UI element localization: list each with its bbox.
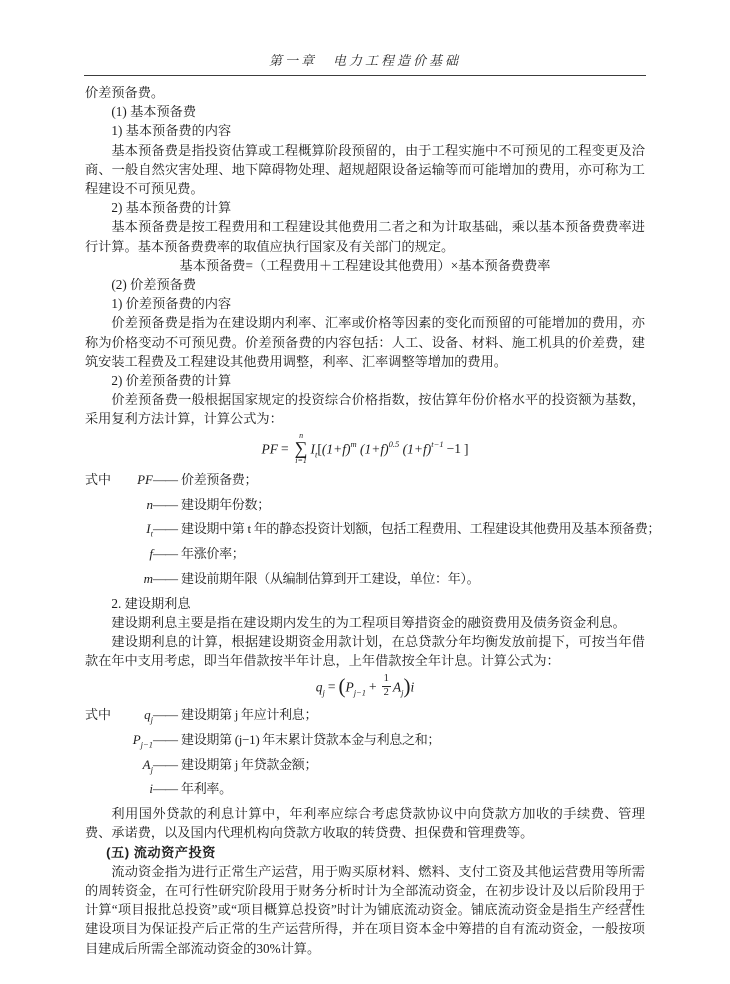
factor-2: (1+f) [360, 441, 389, 456]
plus-sign: + [369, 679, 377, 694]
paragraph-basic-reserve-definition: 基本预备费是指投资估算或工程概算阶段预留的，由于工程实施中不可预见的工程变更及洽… [85, 141, 645, 199]
def-dash: —— [153, 779, 177, 798]
rate-term: i [411, 679, 415, 694]
factor-3-exp: t−1 [431, 439, 443, 449]
def-description: 建设期第 j 年贷款金额； [181, 755, 645, 774]
page-number: 7 [626, 896, 633, 912]
heading-construction-interest: 2. 建设期利息 [85, 594, 645, 613]
def-description: 建设期第 j 年应计利息； [181, 705, 645, 724]
heading-current-assets: (五) 流动资产投资 [85, 843, 645, 862]
def-symbol: i [115, 779, 153, 804]
definition-row: 式中 PF —— 价差预备费； [85, 470, 645, 495]
def-symbol: f [115, 544, 153, 569]
header-rule [84, 75, 646, 76]
equals-sign: = [328, 679, 336, 694]
def-dash: —— [153, 569, 177, 588]
factor-1: (1+f) [322, 441, 351, 456]
heading-price-diff-calc: 2) 价差预备费的计算 [85, 371, 645, 390]
interest-lhs-sub: j [322, 687, 324, 697]
def-dash: —— [153, 755, 177, 774]
close-bracket: ] [464, 441, 469, 456]
heading-basic-reserve-calc: 2) 基本预备费的计算 [85, 198, 645, 217]
def-dash: —— [153, 730, 177, 749]
equation-basic-reserve: 基本预备费=（工程费用＋工程建设其他费用）×基本预备费费率 [85, 256, 645, 275]
factor-1-exp: m [350, 439, 356, 449]
body-text-column: 价差预备费。 (1) 基本预备费 1) 基本预备费的内容 基本预备费是指投资估算… [85, 83, 645, 958]
def-symbol: m [115, 569, 153, 594]
paragraph-intro: 价差预备费。 [85, 83, 645, 102]
def-dash: —— [153, 495, 177, 514]
loan-term: A [393, 679, 401, 694]
def-description: 建设期第 (j−1) 年末累计贷款本金与利息之和； [181, 730, 645, 749]
definition-row: 式中 qj —— 建设期第 j 年应计利息； [85, 705, 645, 730]
formula-construction-interest: qj=(Pj−1+12Aj)i [85, 676, 645, 702]
def-dash: —— [153, 705, 177, 724]
minus-one: −1 [447, 441, 461, 456]
heading-basic-reserve-content: 1) 基本预备费的内容 [85, 121, 645, 140]
heading-price-diff-reserve: (2) 价差预备费 [85, 275, 645, 294]
definition-row: i —— 年利率。 [85, 779, 645, 804]
running-head-title: 第一章 电力工程造价基础 [0, 0, 730, 69]
definition-row: n —— 建设期年份数； [85, 495, 645, 520]
one-half-fraction: 12 [382, 674, 391, 699]
def-dash: —— [153, 544, 177, 563]
heading-basic-reserve: (1) 基本预备费 [85, 102, 645, 121]
def-description: 价差预备费； [181, 470, 645, 489]
factor-3: (1+f) [403, 441, 432, 456]
formula-lhs: PF [262, 441, 279, 456]
paragraph-basic-reserve-calc: 基本预备费是按工程费用和工程建设其他费用二者之和为计取基础，乘以基本预备费费率进… [85, 217, 645, 255]
summation-symbol: n∑i=1 [295, 432, 308, 465]
sigma-glyph: ∑ [295, 440, 308, 457]
heading-price-diff-content: 1) 价差预备费的内容 [85, 294, 645, 313]
def-symbol: Pj−1 [115, 730, 153, 755]
paragraph-interest-definition: 建设期利息主要是指在建设期内发生的为工程项目筹措资金的融资费用及债务资金利息。 [85, 613, 645, 632]
def-dash: —— [153, 470, 177, 489]
definition-row: It —— 建设期中第 t 年的静态投资计划额，包括工程费用、工程建设其他费用及… [85, 519, 645, 544]
paragraph-price-diff-calc: 价差预备费一般根据国家规定的投资综合价格指数，按估算年份价格水平的投资额为基数，… [85, 390, 645, 428]
paragraph-price-diff-definition: 价差预备费是指为在建设期内利率、汇率或价格等因素的变化而预留的可能增加的费用，亦… [85, 313, 645, 371]
definition-row: Pj−1 —— 建设期第 (j−1) 年末累计贷款本金与利息之和； [85, 730, 645, 755]
def-description: 建设期年份数； [181, 495, 645, 514]
def-description: 建设期中第 t 年的静态投资计划额，包括工程费用、工程建设其他费用及基本预备费； [181, 519, 660, 538]
principal-term: P [345, 679, 353, 694]
equals-sign: = [281, 441, 289, 456]
paragraph-current-assets: 流动资金指为进行正常生产运营，用于购买原材料、燃料、支付工资及其他运营费用等所需… [85, 862, 645, 958]
def-label: 式中 [85, 470, 115, 489]
factor-2-exp: 0.5 [389, 439, 400, 449]
def-dash: —— [153, 519, 177, 538]
def-symbol: It [115, 519, 153, 544]
def-description: 建设前期年限（从编制估算到开工建设，单位：年）。 [181, 569, 645, 588]
paragraph-foreign-loan: 利用国外贷款的利息计算中，年利率应综合考虑贷款协议中向贷款方加收的手续费、管理费… [85, 804, 645, 842]
open-paren: ( [338, 674, 345, 698]
formula-price-diff-reserve: PF=n∑i=1It[(1+f)m (1+f)0.5 (1+f)t−1−1] [85, 434, 645, 467]
definition-row: m —— 建设前期年限（从编制估算到开工建设，单位：年）。 [85, 569, 645, 594]
def-symbol: qj [115, 705, 153, 730]
document-page: 第一章 电力工程造价基础 价差预备费。 (1) 基本预备费 1) 基本预备费的内… [0, 0, 730, 984]
def-description: 年涨价率； [181, 544, 645, 563]
paragraph-interest-calc: 建设期利息的计算，根据建设期资金用款计划，在总贷款分年均衡发放前提下，可按当年借… [85, 632, 645, 670]
def-description: 年利率。 [181, 779, 645, 798]
def-symbol: n [115, 495, 153, 520]
definition-row: f —— 年涨价率； [85, 544, 645, 569]
def-symbol: Aj [115, 755, 153, 780]
principal-term-sub: j−1 [354, 687, 366, 697]
def-label: 式中 [85, 705, 115, 724]
def-symbol: PF [115, 470, 153, 495]
definition-row: Aj —— 建设期第 j 年贷款金额； [85, 755, 645, 780]
close-paren: ) [404, 674, 411, 698]
sum-lower-limit: i=1 [295, 457, 307, 465]
